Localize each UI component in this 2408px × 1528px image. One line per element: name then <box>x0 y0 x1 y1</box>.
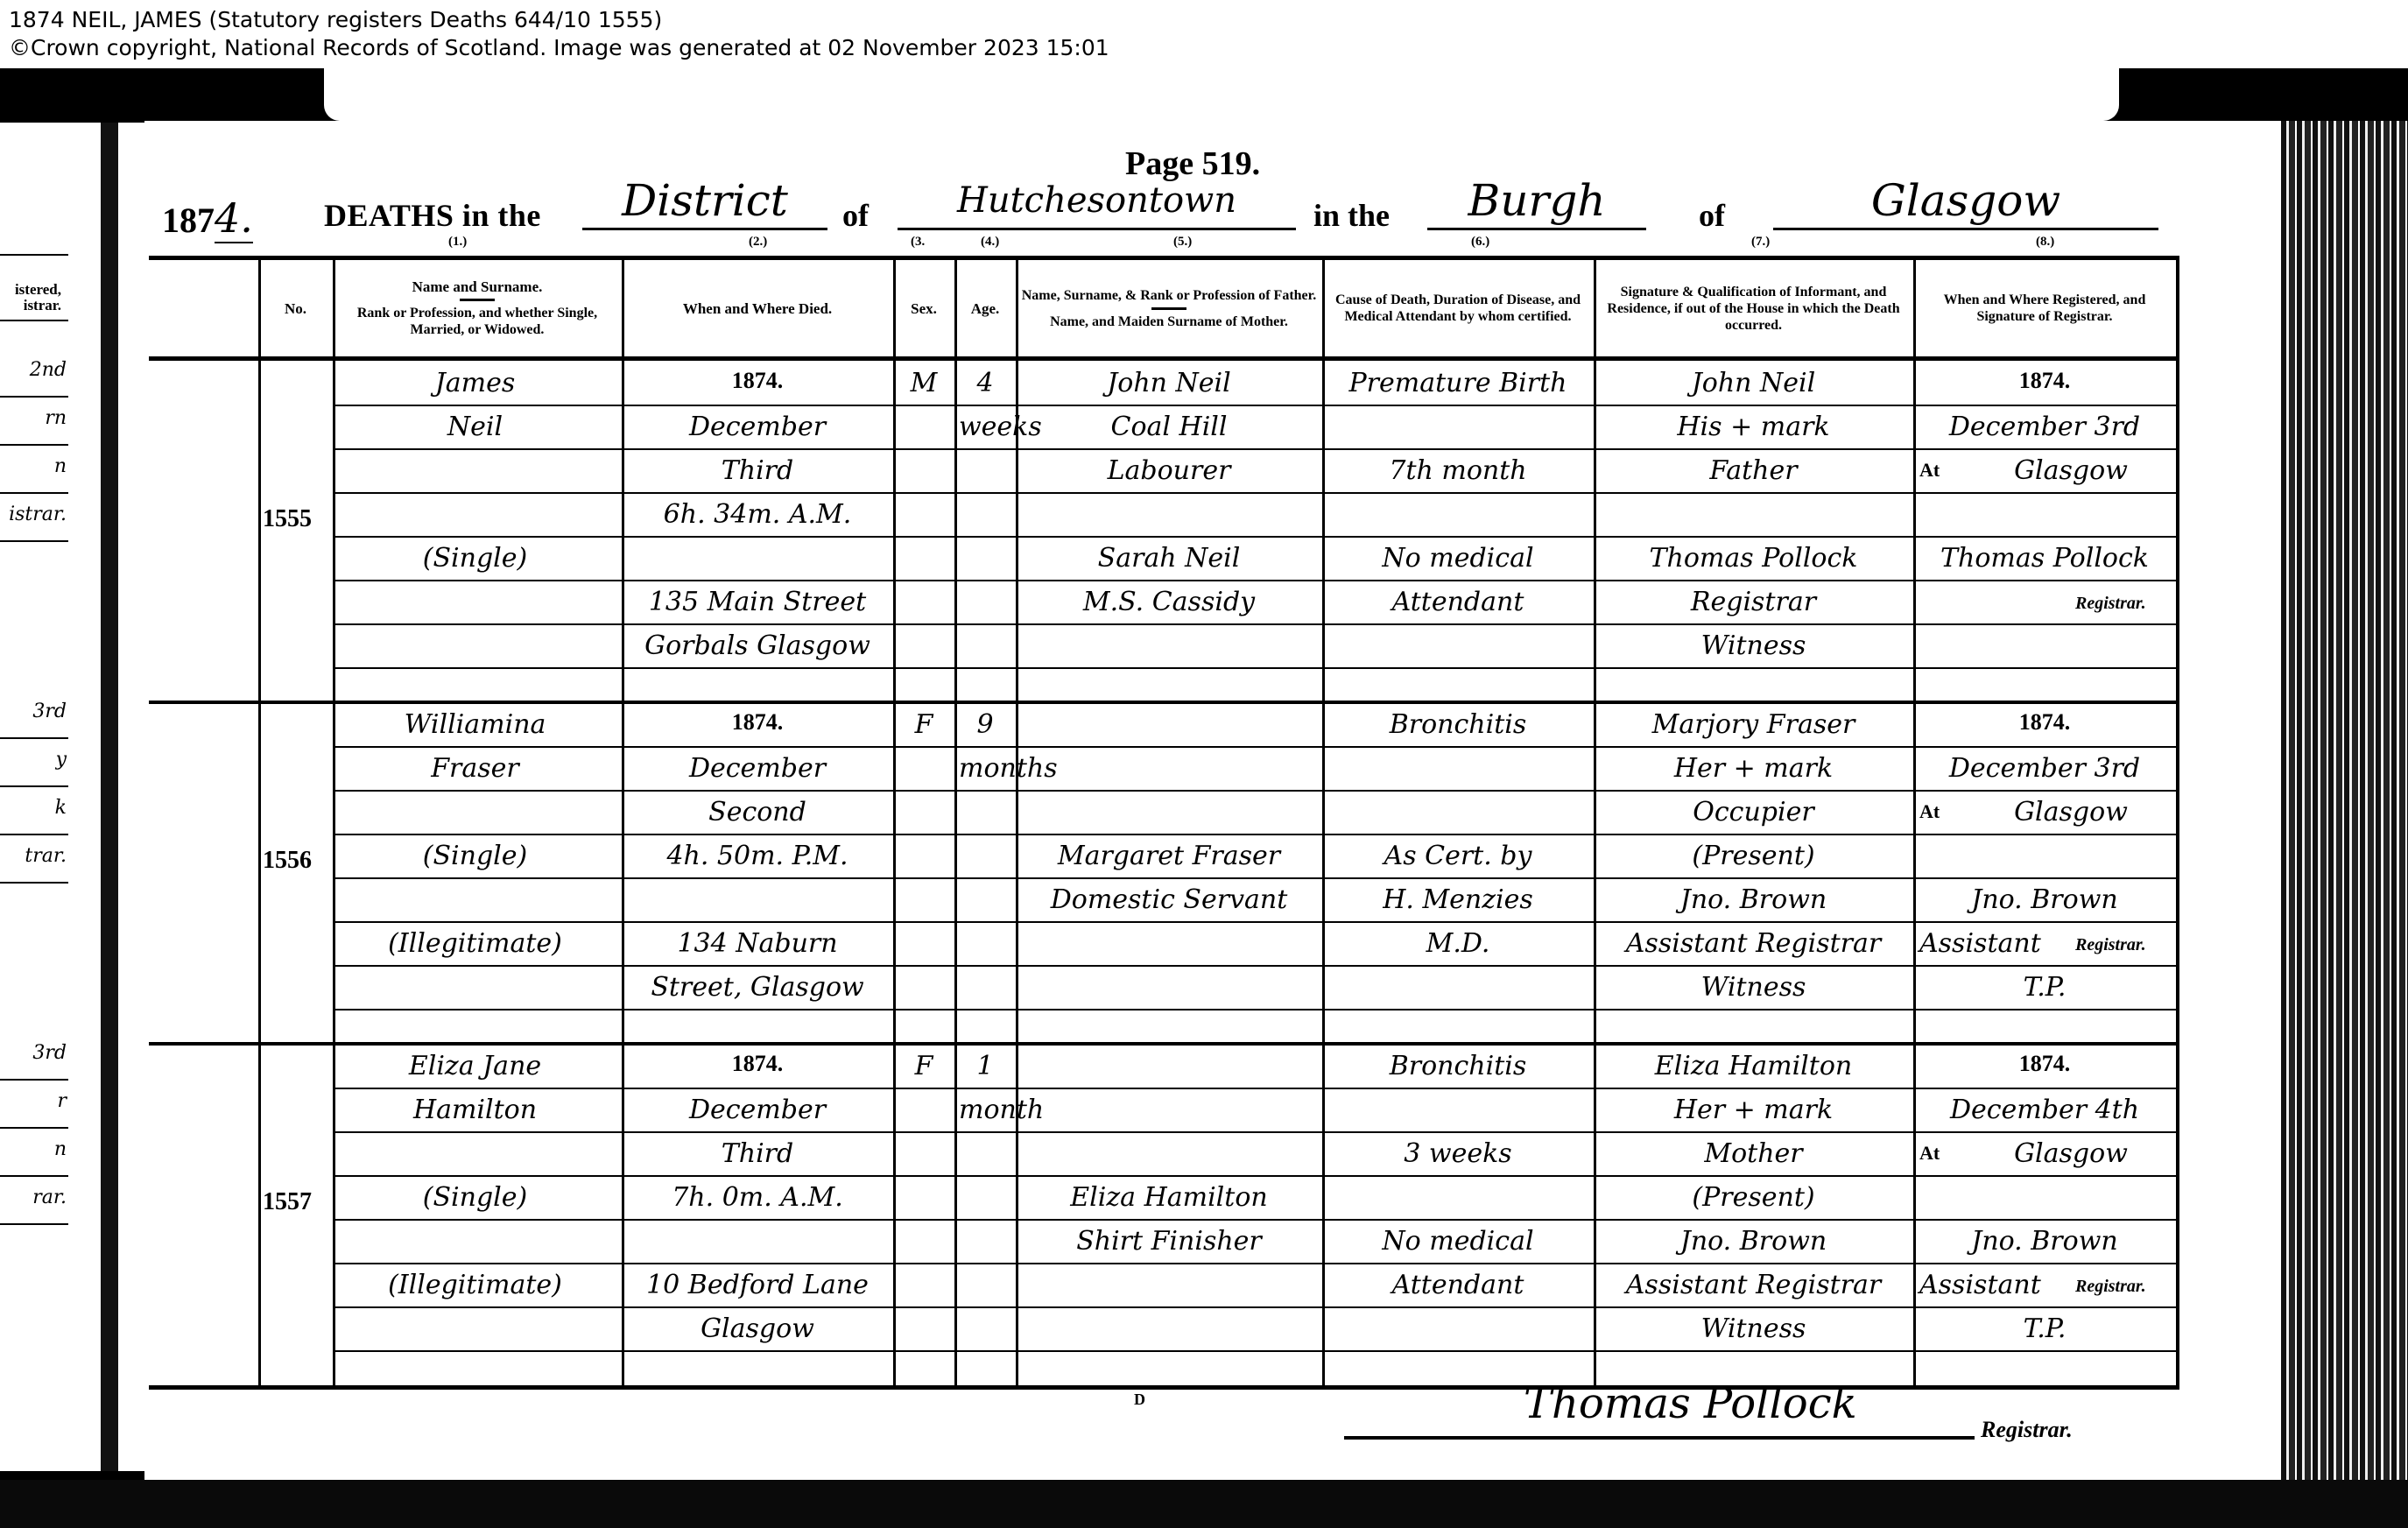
parents: John Neil <box>1020 368 1318 398</box>
row-line <box>333 1131 2176 1133</box>
gutter <box>118 123 144 1471</box>
sex: M <box>898 368 950 398</box>
footer-mark: D <box>1134 1391 1145 1409</box>
facing-page-text: n <box>0 1138 67 1160</box>
registration-date: December 3rd <box>1918 412 2172 442</box>
row-line <box>333 1219 2176 1221</box>
when-where-died: 6h. 34m. A.M. <box>626 499 889 530</box>
column-rule <box>1594 260 1596 1385</box>
registrar-title: Assistant <box>1919 1270 2041 1300</box>
parents: Labourer <box>1020 455 1318 486</box>
record-title: 1874 NEIL, JAMES (Statutory registers De… <box>9 7 662 33</box>
informant: (Present) <box>1598 841 1909 871</box>
facing-page-text: 3rd <box>0 1042 67 1064</box>
registrar-label: Registrar. <box>2075 594 2146 614</box>
age: months <box>959 753 1011 784</box>
entry-separator <box>149 701 2176 704</box>
facing-page-rule <box>0 444 68 446</box>
row-line <box>333 1306 2176 1308</box>
facing-page-text: istrar. <box>0 503 67 525</box>
at-label: At <box>1919 459 1940 482</box>
column-number: (3. <box>911 235 925 250</box>
column-rule <box>333 260 335 1385</box>
when-where-died: December <box>626 753 889 784</box>
informant: Eliza Hamilton <box>1598 1051 1909 1081</box>
row-line <box>333 1175 2176 1177</box>
col-header-when-where: When and Where Died. <box>622 260 893 356</box>
cause-of-death: No medical <box>1327 543 1589 574</box>
when-where-died: Third <box>626 1138 889 1169</box>
registrar-title: Assistant <box>1919 928 2041 959</box>
cause-of-death: Bronchitis <box>1327 1051 1589 1081</box>
informant: Her + mark <box>1598 1095 1909 1125</box>
facing-page-text: k <box>0 797 67 819</box>
when-where-died: 1874. <box>626 709 889 736</box>
deceased-name: Neil <box>337 412 613 442</box>
when-where-died: Glasgow <box>626 1313 889 1344</box>
facing-page-rule <box>0 540 68 542</box>
row-line <box>333 492 2176 494</box>
row-line <box>333 1088 2176 1089</box>
facing-page-rule <box>0 1175 68 1177</box>
registrar-label: Registrar. <box>1981 1417 2073 1443</box>
column-number: (7.) <box>1751 235 1770 250</box>
age: 1 <box>959 1051 1011 1081</box>
deceased-name: (Illegitimate) <box>337 928 613 959</box>
informant: Jno. Brown <box>1598 884 1909 915</box>
registrar-label: Registrar. <box>2075 935 2146 955</box>
facing-page-rule <box>0 834 68 835</box>
facing-page-rule <box>0 882 68 884</box>
registrar-signature: Thomas Pollock <box>1524 1379 1857 1428</box>
registrar-signature: Jno. Brown <box>1918 1226 2172 1257</box>
book-spine <box>101 123 118 1471</box>
when-where-died: December <box>626 1095 889 1125</box>
column-rule <box>1913 260 1916 1385</box>
column-rule <box>954 260 957 1385</box>
col-header-registered: When and Where Registered, and Signature… <box>1913 260 2176 356</box>
sex: F <box>898 1051 950 1081</box>
registrar-initials: T.P. <box>1918 972 2172 1003</box>
district-name-field: Hutchesontown <box>898 175 1296 230</box>
facing-page-rule <box>0 492 68 494</box>
registration-date: December 3rd <box>1918 753 2172 784</box>
parents: Sarah Neil <box>1020 543 1318 574</box>
row-line <box>333 746 2176 748</box>
cause-of-death: M.D. <box>1327 928 1589 959</box>
age: 4 <box>959 368 1011 398</box>
district-type-field: District <box>582 175 827 230</box>
when-where-died: 7h. 0m. A.M. <box>626 1182 889 1213</box>
age: 9 <box>959 709 1011 740</box>
copyright-notice: ©Crown copyright, National Records of Sc… <box>9 35 1109 61</box>
column-number: (1.) <box>448 235 467 250</box>
when-where-died: 4h. 50m. P.M. <box>626 841 889 871</box>
row-line <box>333 667 2176 669</box>
registration-year: 1874. <box>1918 1051 2172 1077</box>
cause-of-death: As Cert. by <box>1327 841 1589 871</box>
burgh-type-field: Burgh <box>1427 175 1646 230</box>
when-where-died: 1874. <box>626 1051 889 1077</box>
deceased-name: Eliza Jane <box>337 1051 613 1081</box>
sex: F <box>898 709 950 740</box>
informant: Thomas Pollock <box>1598 543 1909 574</box>
facing-page-text: rar. <box>0 1186 67 1208</box>
entry-number: 1557 <box>252 1188 322 1216</box>
registrar-initials: T.P. <box>1918 1313 2172 1344</box>
facing-page-text: trar. <box>0 845 67 867</box>
age: weeks <box>959 412 1011 442</box>
cause-of-death: Bronchitis <box>1327 709 1589 740</box>
cause-of-death: 3 weeks <box>1327 1138 1589 1169</box>
entry-separator <box>149 1042 2176 1046</box>
registration-year: 1874. <box>1918 709 2172 736</box>
informant: Registrar <box>1598 587 1909 617</box>
page-top-edge <box>324 68 2119 121</box>
row-line <box>333 623 2176 625</box>
row-line <box>333 1350 2176 1352</box>
informant: John Neil <box>1598 368 1909 398</box>
when-where-died: 1874. <box>626 368 889 394</box>
column-number: (6.) <box>1471 235 1489 250</box>
register-year: 1874. <box>162 194 253 242</box>
row-line <box>333 1009 2176 1010</box>
row-line <box>333 405 2176 406</box>
cause-of-death: Attendant <box>1327 587 1589 617</box>
column-rule <box>258 260 261 1385</box>
when-where-died: Gorbals Glasgow <box>626 630 889 661</box>
deceased-name: Hamilton <box>337 1095 613 1125</box>
parents: M.S. Cassidy <box>1020 587 1318 617</box>
informant: Her + mark <box>1598 753 1909 784</box>
col-header-no: No. <box>258 260 333 356</box>
registration-year: 1874. <box>1918 368 2172 394</box>
facing-page-text: r <box>0 1090 67 1112</box>
parents: Eliza Hamilton <box>1020 1182 1318 1213</box>
when-where-died: December <box>626 412 889 442</box>
informant: Father <box>1598 455 1909 486</box>
informant: Witness <box>1598 972 1909 1003</box>
page-edges <box>2281 121 2408 1487</box>
parents: Coal Hill <box>1020 412 1318 442</box>
row-line <box>333 1263 2176 1264</box>
when-where-died: 10 Bedford Lane <box>626 1270 889 1300</box>
facing-page-rule <box>0 785 68 787</box>
cause-of-death: H. Menzies <box>1327 884 1589 915</box>
facing-page-rule <box>0 1079 68 1081</box>
at-label: At <box>1919 800 1940 823</box>
cause-of-death: Premature Birth <box>1327 368 1589 398</box>
row-line <box>333 965 2176 967</box>
age: month <box>959 1095 1011 1125</box>
informant: Witness <box>1598 1313 1909 1344</box>
deceased-name: James <box>337 368 613 398</box>
entry-number: 1556 <box>252 847 322 875</box>
column-number: (8.) <box>2036 235 2054 250</box>
deceased-name: Williamina <box>337 709 613 740</box>
facing-page-rule <box>0 737 68 739</box>
col-header-parents: Name, Surname, & Rank or Profession of F… <box>1016 260 1322 356</box>
informant: His + mark <box>1598 412 1909 442</box>
page-number: Page 519. <box>1125 144 1260 183</box>
when-where-died: Second <box>626 797 889 827</box>
when-where-died: 135 Main Street <box>626 587 889 617</box>
facing-page-header: istered, istrar. <box>0 282 61 313</box>
facing-page-text: 3rd <box>0 701 67 722</box>
deceased-name: Fraser <box>337 753 613 784</box>
column-number: (5.) <box>1173 235 1192 250</box>
deceased-name: (Single) <box>337 1182 613 1213</box>
col-header-age: Age. <box>954 260 1016 356</box>
header-separator <box>149 356 2176 361</box>
deceased-name: (Illegitimate) <box>337 1270 613 1300</box>
signature-line <box>1344 1436 1975 1440</box>
facing-page-text: rn <box>0 407 67 429</box>
informant: Mother <box>1598 1138 1909 1169</box>
burgh-name-field: Glasgow <box>1773 175 2158 230</box>
when-where-died: Third <box>626 455 889 486</box>
facing-page-text: 2nd <box>0 359 67 381</box>
informant: (Present) <box>1598 1182 1909 1213</box>
deceased-name: (Single) <box>337 841 613 871</box>
registration-place: Glasgow <box>1970 1138 2172 1169</box>
facing-page-rule <box>0 396 68 398</box>
informant: Assistant Registrar <box>1598 1270 1909 1300</box>
row-line <box>333 834 2176 835</box>
facing-page-fragment: istered, istrar. 2ndrnnistrar.3rdyktrar.… <box>0 123 101 1471</box>
registration-place: Glasgow <box>1970 797 2172 827</box>
informant: Occupier <box>1598 797 1909 827</box>
row-line <box>333 790 2176 792</box>
facing-page-rule <box>0 1127 68 1129</box>
registration-place: Glasgow <box>1970 455 2172 486</box>
informant: Marjory Fraser <box>1598 709 1909 740</box>
at-label: At <box>1919 1142 1940 1165</box>
deaths-heading: DEATHS in the <box>324 197 541 234</box>
entry-number: 1555 <box>252 505 322 533</box>
column-rule <box>622 260 624 1385</box>
registrar-signature: Thomas Pollock <box>1918 543 2172 574</box>
deaths-register-table: No. Name and Surname.Rank or Profession,… <box>149 256 2179 1390</box>
row-line <box>333 921 2176 923</box>
col-header-cause: Cause of Death, Duration of Disease, and… <box>1322 260 1594 356</box>
col-header-informant: Signature & Qualification of Informant, … <box>1594 260 1913 356</box>
facing-page-text: n <box>0 455 67 477</box>
of-label-2: of <box>1699 197 1725 234</box>
bottom-edge <box>0 1480 2408 1528</box>
informant: Jno. Brown <box>1598 1226 1909 1257</box>
facing-page-text: y <box>0 749 67 771</box>
row-line <box>333 580 2176 581</box>
row-line <box>333 536 2176 538</box>
parents: Domestic Servant <box>1020 884 1318 915</box>
col-header-name: Name and Surname.Rank or Profession, and… <box>333 260 622 356</box>
cause-of-death: No medical <box>1327 1226 1589 1257</box>
row-line <box>333 448 2176 450</box>
column-rule <box>893 260 896 1385</box>
facing-page-rule <box>0 1223 68 1225</box>
cause-of-death: Attendant <box>1327 1270 1589 1300</box>
in-the-label: in the <box>1313 197 1390 234</box>
of-label: of <box>842 197 869 234</box>
registrar-label: Registrar. <box>2075 1277 2146 1297</box>
when-where-died: 134 Naburn <box>626 928 889 959</box>
parents: Shirt Finisher <box>1020 1226 1318 1257</box>
row-line <box>333 877 2176 879</box>
column-number: (2.) <box>749 235 767 250</box>
when-where-died: Street, Glasgow <box>626 972 889 1003</box>
deceased-name: (Single) <box>337 543 613 574</box>
parents: Margaret Fraser <box>1020 841 1318 871</box>
registrar-signature: Jno. Brown <box>1918 884 2172 915</box>
informant: Witness <box>1598 630 1909 661</box>
column-rule <box>1322 260 1325 1385</box>
registration-date: December 4th <box>1918 1095 2172 1125</box>
informant: Assistant Registrar <box>1598 928 1909 959</box>
column-number: (4.) <box>981 235 999 250</box>
cause-of-death: 7th month <box>1327 455 1589 486</box>
col-header-sex: Sex. <box>893 260 954 356</box>
